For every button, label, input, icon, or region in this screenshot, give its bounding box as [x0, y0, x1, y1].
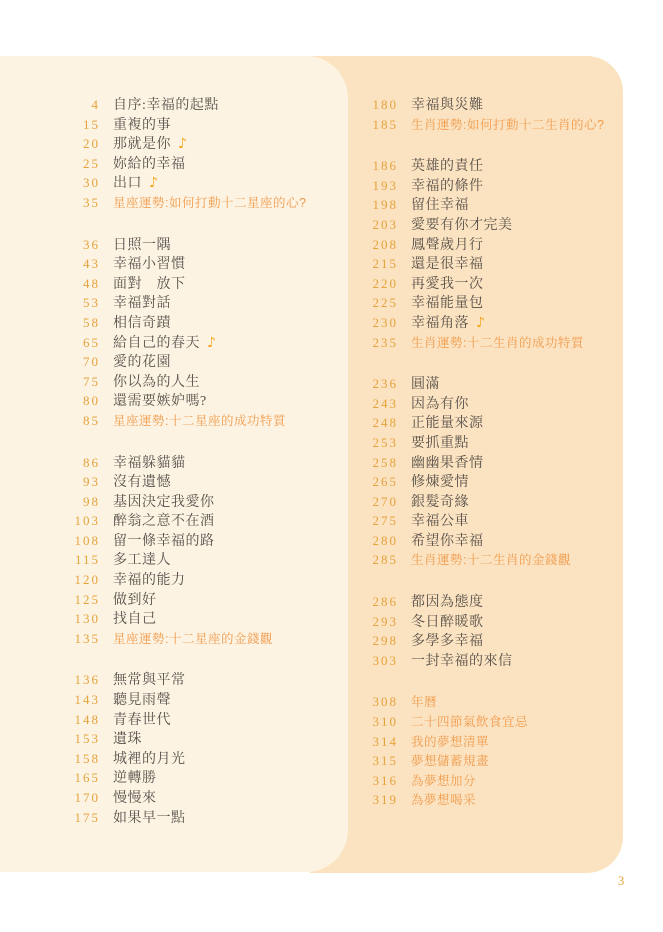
toc-entry: 314我的夢想清單: [366, 732, 604, 752]
entry-title: 銀髮奇緣: [411, 493, 469, 513]
entry-title: 正能量來源: [411, 414, 484, 434]
entry-page-number: 15: [68, 115, 100, 135]
toc-column-left: 4自序:幸福的起點15重複的事20那就是你♪25妳給的幸福30出口♪35星座運勢…: [68, 95, 306, 849]
entry-page-number: 85: [68, 411, 100, 431]
entry-page-number: 108: [68, 531, 100, 551]
entry-title: 冬日醉暖歌: [411, 613, 484, 633]
entry-title: 慢慢來: [113, 789, 157, 809]
entry-title: 二十四節氣飲食宜忌: [411, 713, 528, 733]
toc-entry: 43幸福小習慣: [68, 254, 306, 274]
toc-entry: 53幸福對話: [68, 293, 306, 313]
entry-page-number: 236: [366, 374, 398, 394]
entry-page-number: 120: [68, 570, 100, 590]
toc-entry: 270銀髮奇緣: [366, 492, 604, 512]
entry-page-number: 125: [68, 590, 100, 610]
entry-title: 年曆: [411, 693, 437, 713]
entry-page-number: 280: [366, 531, 398, 551]
entry-title: 修煉愛情: [411, 473, 469, 493]
entry-page-number: 316: [366, 771, 398, 791]
entry-page-number: 115: [68, 550, 100, 570]
entry-title: 自序:幸福的起點: [113, 96, 219, 116]
toc-entry: 298多學多幸福: [366, 631, 604, 651]
toc-group: 180幸福與災難185生肖運勢:如何打動十二生肖的心?: [366, 95, 604, 134]
entry-title: 留一條幸福的路: [113, 532, 215, 552]
entry-page-number: 93: [68, 472, 100, 492]
entry-page-number: 285: [366, 550, 398, 570]
entry-page-number: 165: [68, 768, 100, 788]
toc-entry: 108留一條幸福的路: [68, 531, 306, 551]
entry-page-number: 319: [366, 790, 398, 810]
entry-title: 做到好: [113, 591, 157, 611]
entry-page-number: 170: [68, 788, 100, 808]
entry-title: 我的夢想清單: [411, 733, 489, 753]
toc-entry: 236圓滿: [366, 374, 604, 394]
entry-title: 找自己: [113, 610, 157, 630]
entry-page-number: 58: [68, 313, 100, 333]
entry-title: 星座運勢:十二星座的成功特質: [113, 412, 286, 432]
entry-page-number: 80: [68, 391, 100, 411]
entry-title: 沒有遺憾: [113, 473, 171, 493]
entry-title: 生肖運勢:十二生肖的金錢觀: [411, 551, 571, 571]
entry-page-number: 215: [366, 254, 398, 274]
entry-title: 幸福的能力: [113, 571, 186, 591]
music-note-icon: ♪: [476, 314, 485, 334]
toc-entry: 193幸福的條件: [366, 176, 604, 196]
entry-title: 青春世代: [113, 711, 171, 731]
entry-title: 星座運勢:如何打動十二星座的心?: [113, 194, 306, 214]
toc-entry: 258幽幽果香情: [366, 453, 604, 473]
entry-page-number: 185: [366, 115, 398, 135]
toc-group: 4自序:幸福的起點15重複的事20那就是你♪25妳給的幸福30出口♪35星座運勢…: [68, 95, 306, 213]
entry-title: 幸福躲貓貓: [113, 454, 186, 474]
entry-title: 還需要嫉妒嗎?: [113, 392, 207, 412]
entry-page-number: 103: [68, 511, 100, 531]
entry-page-number: 4: [68, 95, 100, 115]
entry-title: 留住幸福: [411, 196, 469, 216]
entry-page-number: 48: [68, 274, 100, 294]
entry-title: 星座運勢:十二星座的金錢觀: [113, 630, 273, 650]
entry-title: 為夢想喝采: [411, 791, 476, 811]
entry-title: 妳給的幸福: [113, 155, 186, 175]
toc-entry: 58相信奇蹟: [68, 313, 306, 333]
entry-title: 給自己的春天: [113, 334, 200, 354]
entry-page-number: 65: [68, 333, 100, 353]
toc-entry: 93沒有遺憾: [68, 472, 306, 492]
toc-entry: 315夢想儲蓄規畫: [366, 751, 604, 771]
toc-entry: 103醉翁之意不在酒: [68, 511, 306, 531]
toc-entry: 158城裡的月光: [68, 749, 306, 769]
toc-entry: 285生肖運勢:十二生肖的金錢觀: [366, 550, 604, 570]
toc-entry: 170慢慢來: [68, 788, 306, 808]
entry-page-number: 53: [68, 293, 100, 313]
toc-entry: 148青春世代: [68, 710, 306, 730]
entry-page-number: 220: [366, 274, 398, 294]
toc-entry: 319為夢想喝采: [366, 790, 604, 810]
entry-page-number: 136: [68, 670, 100, 690]
entry-page-number: 225: [366, 293, 398, 313]
toc-entry: 136無常與平常: [68, 670, 306, 690]
entry-page-number: 20: [68, 134, 100, 154]
entry-title: 圓滿: [411, 375, 440, 395]
entry-page-number: 98: [68, 492, 100, 512]
toc-entry: 20那就是你♪: [68, 134, 306, 154]
toc-entry: 265修煉愛情: [366, 472, 604, 492]
toc-entry: 280希望你幸福: [366, 531, 604, 551]
toc-entry: 30出口♪: [68, 173, 306, 193]
toc-group: 186英雄的責任193幸福的條件198留住幸福203愛要有你才完美208鳳聲歲月…: [366, 156, 604, 352]
entry-title: 生肖運勢:十二生肖的成功特質: [411, 334, 584, 354]
toc-entry: 75你以為的人生: [68, 372, 306, 392]
entry-title: 夢想儲蓄規畫: [411, 752, 489, 772]
toc-entry: 25妳給的幸福: [68, 154, 306, 174]
entry-page-number: 253: [366, 433, 398, 453]
entry-title: 如果早一點: [113, 809, 186, 829]
toc-entry: 215還是很幸福: [366, 254, 604, 274]
entry-page-number: 310: [366, 712, 398, 732]
entry-page-number: 135: [68, 629, 100, 649]
entry-title: 醉翁之意不在酒: [113, 512, 215, 532]
toc-entry: 80還需要嫉妒嗎?: [68, 391, 306, 411]
entry-page-number: 258: [366, 453, 398, 473]
entry-page-number: 293: [366, 612, 398, 632]
entry-page-number: 265: [366, 472, 398, 492]
toc-entry: 125做到好: [68, 590, 306, 610]
toc-entry: 308年曆: [366, 692, 604, 712]
toc-entry: 225幸福能量包: [366, 293, 604, 313]
music-note-icon: ♪: [207, 334, 216, 354]
music-note-icon: ♪: [149, 174, 158, 194]
entry-page-number: 153: [68, 729, 100, 749]
entry-title: 幽幽果香情: [411, 454, 484, 474]
entry-page-number: 36: [68, 235, 100, 255]
entry-page-number: 243: [366, 394, 398, 414]
entry-page-number: 275: [366, 511, 398, 531]
entry-page-number: 230: [366, 313, 398, 333]
toc-entry: 253要抓重點: [366, 433, 604, 453]
toc-entry: 165逆轉勝: [68, 768, 306, 788]
entry-page-number: 75: [68, 372, 100, 392]
toc-entry: 220再愛我一次: [366, 274, 604, 294]
page-number: 3: [618, 874, 625, 889]
toc-entry: 208鳳聲歲月行: [366, 235, 604, 255]
toc-entry: 36日照一隅: [68, 235, 306, 255]
toc-entry: 98基因決定我愛你: [68, 492, 306, 512]
entry-title: 多工達人: [113, 551, 171, 571]
toc-group: 136無常與平常143聽見雨聲148青春世代153遺珠158城裡的月光165逆轉…: [68, 670, 306, 827]
entry-page-number: 175: [68, 808, 100, 828]
toc-entry: 185生肖運勢:如何打動十二生肖的心?: [366, 115, 604, 135]
toc-entry: 275幸福公車: [366, 511, 604, 531]
entry-title: 出口: [113, 174, 142, 194]
toc-entry: 286都因為態度: [366, 592, 604, 612]
toc-entry: 120幸福的能力: [68, 570, 306, 590]
toc-entry: 86幸福躲貓貓: [68, 453, 306, 473]
entry-page-number: 193: [366, 176, 398, 196]
entry-page-number: 298: [366, 631, 398, 651]
entry-title: 基因決定我愛你: [113, 493, 215, 513]
entry-title: 愛要有你才完美: [411, 216, 513, 236]
toc-group: 236圓滿243因為有你248正能量來源253要抓重點258幽幽果香情265修煉…: [366, 374, 604, 570]
toc-entry: 143聽見雨聲: [68, 690, 306, 710]
toc-entry: 70愛的花園: [68, 352, 306, 372]
entry-title: 都因為態度: [411, 593, 484, 613]
toc-entry: 180幸福與災難: [366, 95, 604, 115]
toc-entry: 48面對 放下: [68, 274, 306, 294]
entry-title: 無常與平常: [113, 671, 186, 691]
toc-entry: 130找自己: [68, 609, 306, 629]
entry-page-number: 203: [366, 215, 398, 235]
toc-entry: 4自序:幸福的起點: [68, 95, 306, 115]
entry-title: 多學多幸福: [411, 632, 484, 652]
entry-title: 那就是你: [113, 135, 171, 155]
entry-title: 幸福對話: [113, 294, 171, 314]
entry-page-number: 30: [68, 173, 100, 193]
toc-entry: 65給自己的春天♪: [68, 333, 306, 353]
entry-title: 逆轉勝: [113, 769, 157, 789]
toc-entry: 243因為有你: [366, 394, 604, 414]
entry-title: 日照一隅: [113, 236, 171, 256]
entry-page-number: 143: [68, 690, 100, 710]
entry-page-number: 43: [68, 254, 100, 274]
entry-title: 城裡的月光: [113, 750, 186, 770]
entry-page-number: 270: [366, 492, 398, 512]
entry-page-number: 25: [68, 154, 100, 174]
toc-entry: 153遺珠: [68, 729, 306, 749]
toc-entry: 230幸福角落♪: [366, 313, 604, 333]
toc-entry: 293冬日醉暖歌: [366, 612, 604, 632]
toc-column-right: 180幸福與災難185生肖運勢:如何打動十二生肖的心?186英雄的責任193幸福…: [366, 95, 604, 832]
toc-entry: 15重複的事: [68, 115, 306, 135]
toc-entry: 35星座運勢:如何打動十二星座的心?: [68, 193, 306, 213]
entry-page-number: 180: [366, 95, 398, 115]
entry-title: 愛的花園: [113, 353, 171, 373]
entry-title: 鳳聲歲月行: [411, 236, 484, 256]
toc-entry: 85星座運勢:十二星座的成功特質: [68, 411, 306, 431]
entry-title: 因為有你: [411, 395, 469, 415]
entry-page-number: 148: [68, 710, 100, 730]
toc-group: 86幸福躲貓貓93沒有遺憾98基因決定我愛你103醉翁之意不在酒108留一條幸福…: [68, 453, 306, 649]
music-note-icon: ♪: [178, 135, 187, 155]
entry-title: 希望你幸福: [411, 532, 484, 552]
entry-title: 生肖運勢:如何打動十二生肖的心?: [411, 116, 604, 136]
toc-group: 308年曆310二十四節氣飲食宜忌314我的夢想清單315夢想儲蓄規畫316為夢…: [366, 692, 604, 810]
entry-title: 幸福與災難: [411, 96, 484, 116]
toc-entry: 135星座運勢:十二星座的金錢觀: [68, 629, 306, 649]
entry-page-number: 208: [366, 235, 398, 255]
entry-title: 幸福角落: [411, 314, 469, 334]
toc-entry: 198留住幸福: [366, 195, 604, 215]
entry-page-number: 158: [68, 749, 100, 769]
entry-title: 還是很幸福: [411, 255, 484, 275]
entry-title: 幸福公車: [411, 512, 469, 532]
entry-page-number: 86: [68, 453, 100, 473]
entry-page-number: 315: [366, 751, 398, 771]
entry-title: 再愛我一次: [411, 275, 484, 295]
entry-title: 幸福的條件: [411, 177, 484, 197]
toc-group: 36日照一隅43幸福小習慣48面對 放下53幸福對話58相信奇蹟65給自己的春天…: [68, 235, 306, 431]
entry-title: 遺珠: [113, 730, 142, 750]
entry-title: 幸福小習慣: [113, 255, 186, 275]
entry-title: 你以為的人生: [113, 373, 200, 393]
entry-page-number: 286: [366, 592, 398, 612]
entry-title: 要抓重點: [411, 434, 469, 454]
entry-title: 為夢想加分: [411, 772, 476, 792]
toc-entry: 186英雄的責任: [366, 156, 604, 176]
entry-title: 面對 放下: [113, 275, 186, 295]
entry-page-number: 314: [366, 732, 398, 752]
toc-entry: 175如果早一點: [68, 808, 306, 828]
toc-group: 286都因為態度293冬日醉暖歌298多學多幸福303一封幸福的來信: [366, 592, 604, 670]
entry-page-number: 186: [366, 156, 398, 176]
toc-entry: 303一封幸福的來信: [366, 651, 604, 671]
entry-page-number: 235: [366, 333, 398, 353]
entry-title: 一封幸福的來信: [411, 652, 513, 672]
entry-title: 重複的事: [113, 116, 171, 136]
toc-entry: 115多工達人: [68, 550, 306, 570]
toc-entry: 235生肖運勢:十二生肖的成功特質: [366, 333, 604, 353]
toc-entry: 316為夢想加分: [366, 771, 604, 791]
toc-entry: 203愛要有你才完美: [366, 215, 604, 235]
entry-page-number: 70: [68, 352, 100, 372]
entry-title: 英雄的責任: [411, 157, 484, 177]
entry-page-number: 35: [68, 193, 100, 213]
entry-title: 聽見雨聲: [113, 691, 171, 711]
entry-title: 幸福能量包: [411, 294, 484, 314]
toc-entry: 310二十四節氣飲食宜忌: [366, 712, 604, 732]
entry-page-number: 248: [366, 413, 398, 433]
entry-page-number: 303: [366, 651, 398, 671]
entry-page-number: 308: [366, 692, 398, 712]
entry-title: 相信奇蹟: [113, 314, 171, 334]
entry-page-number: 130: [68, 609, 100, 629]
entry-page-number: 198: [366, 195, 398, 215]
toc-entry: 248正能量來源: [366, 413, 604, 433]
